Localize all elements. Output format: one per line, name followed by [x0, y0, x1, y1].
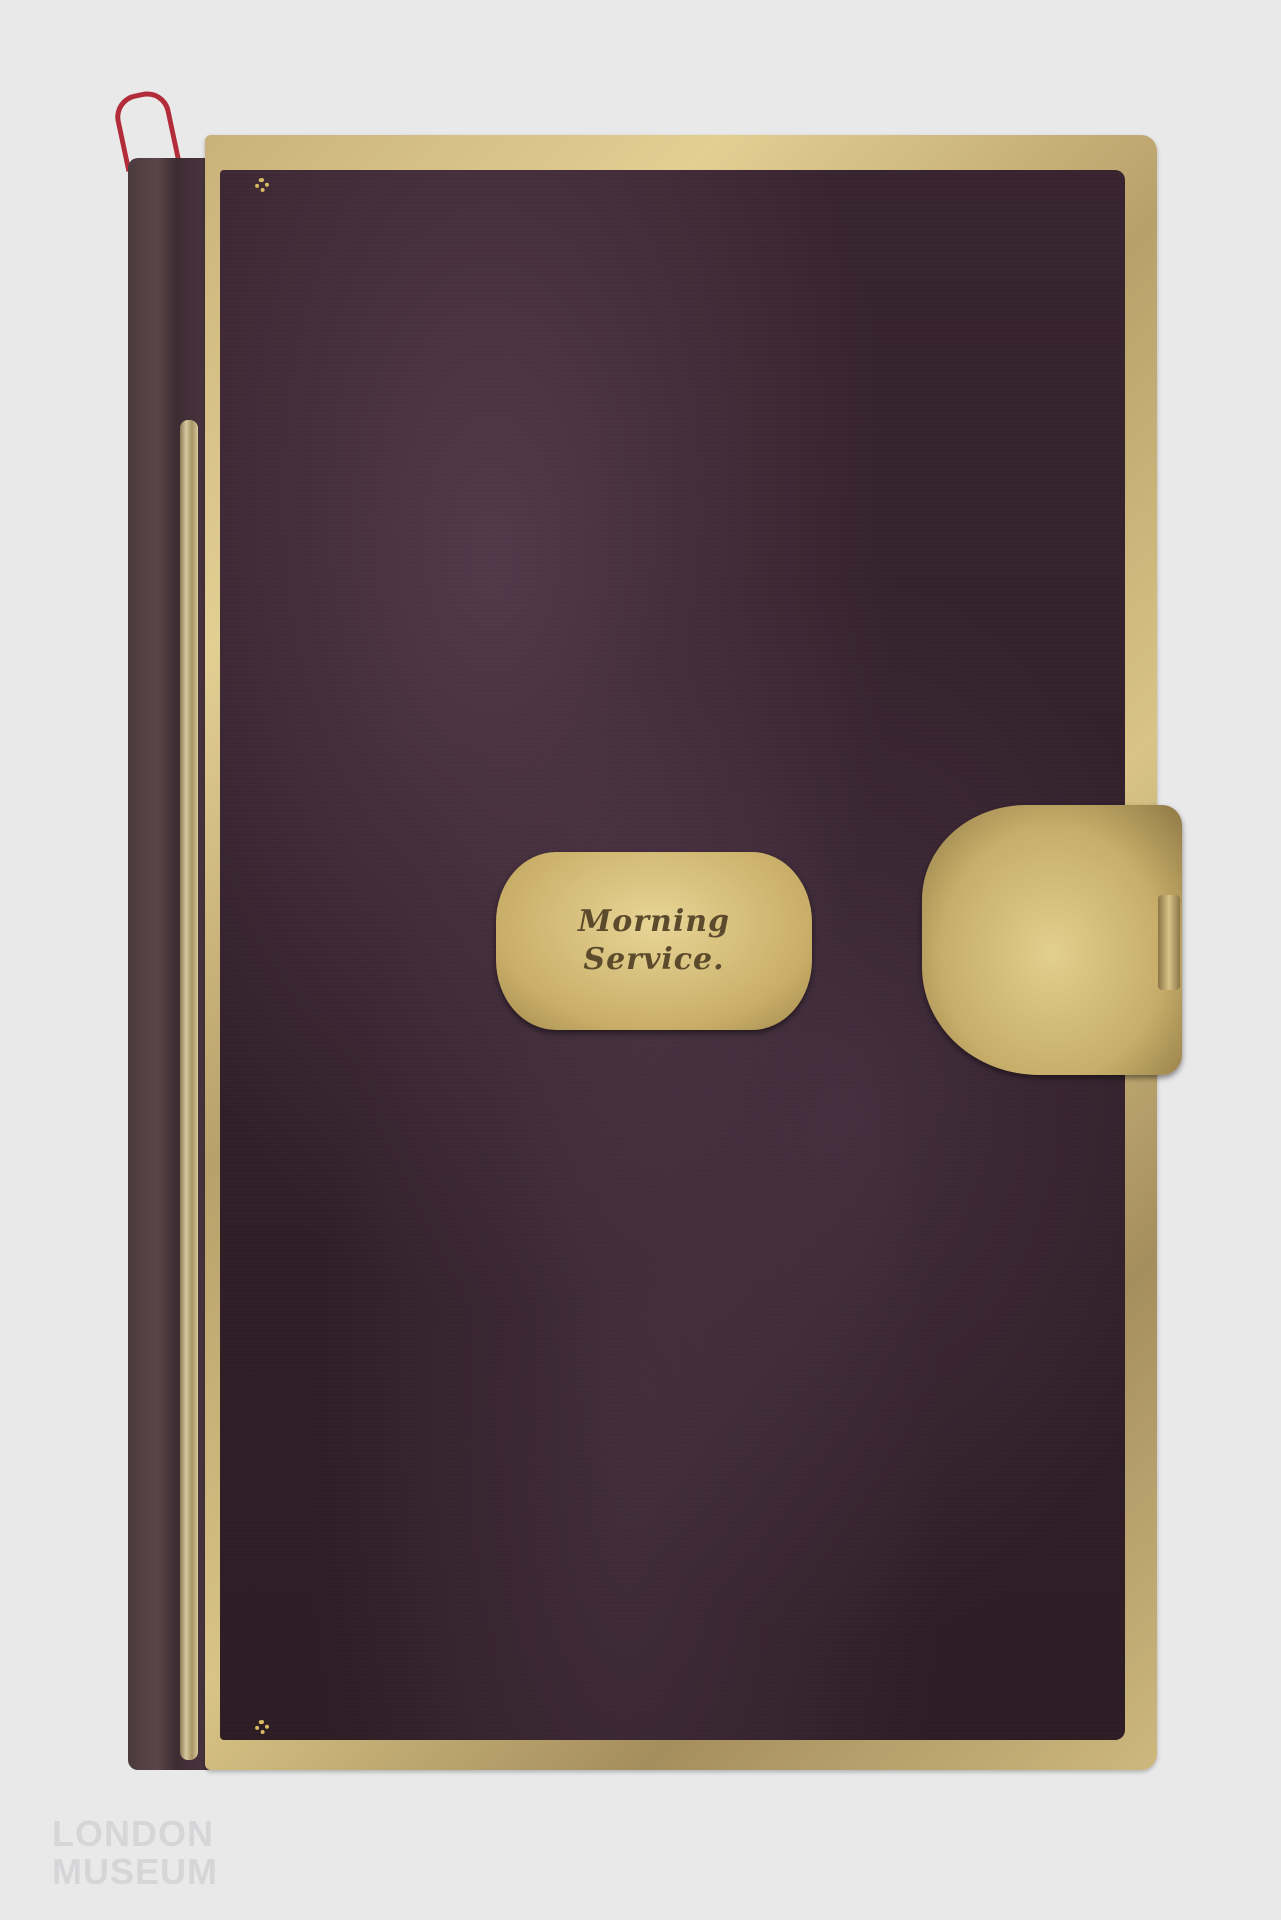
clasp-hinge [1158, 895, 1180, 990]
title-plate: Morning Service. [496, 852, 812, 1030]
brass-clasp [922, 805, 1182, 1075]
rosette-icon-bottom [255, 1720, 269, 1734]
rosette-icon-top [255, 178, 269, 192]
plate-line-2: Service. [583, 941, 724, 979]
page-edges [180, 420, 198, 1760]
watermark-logo: LONDON MUSEUM [52, 1815, 218, 1891]
watermark-line-1: LONDON [52, 1815, 218, 1853]
plate-line-1: Morning [578, 903, 730, 941]
book-photo: Morning Service. LONDON MUSEUM [0, 0, 1281, 1920]
watermark-line-2: MUSEUM [52, 1853, 218, 1891]
